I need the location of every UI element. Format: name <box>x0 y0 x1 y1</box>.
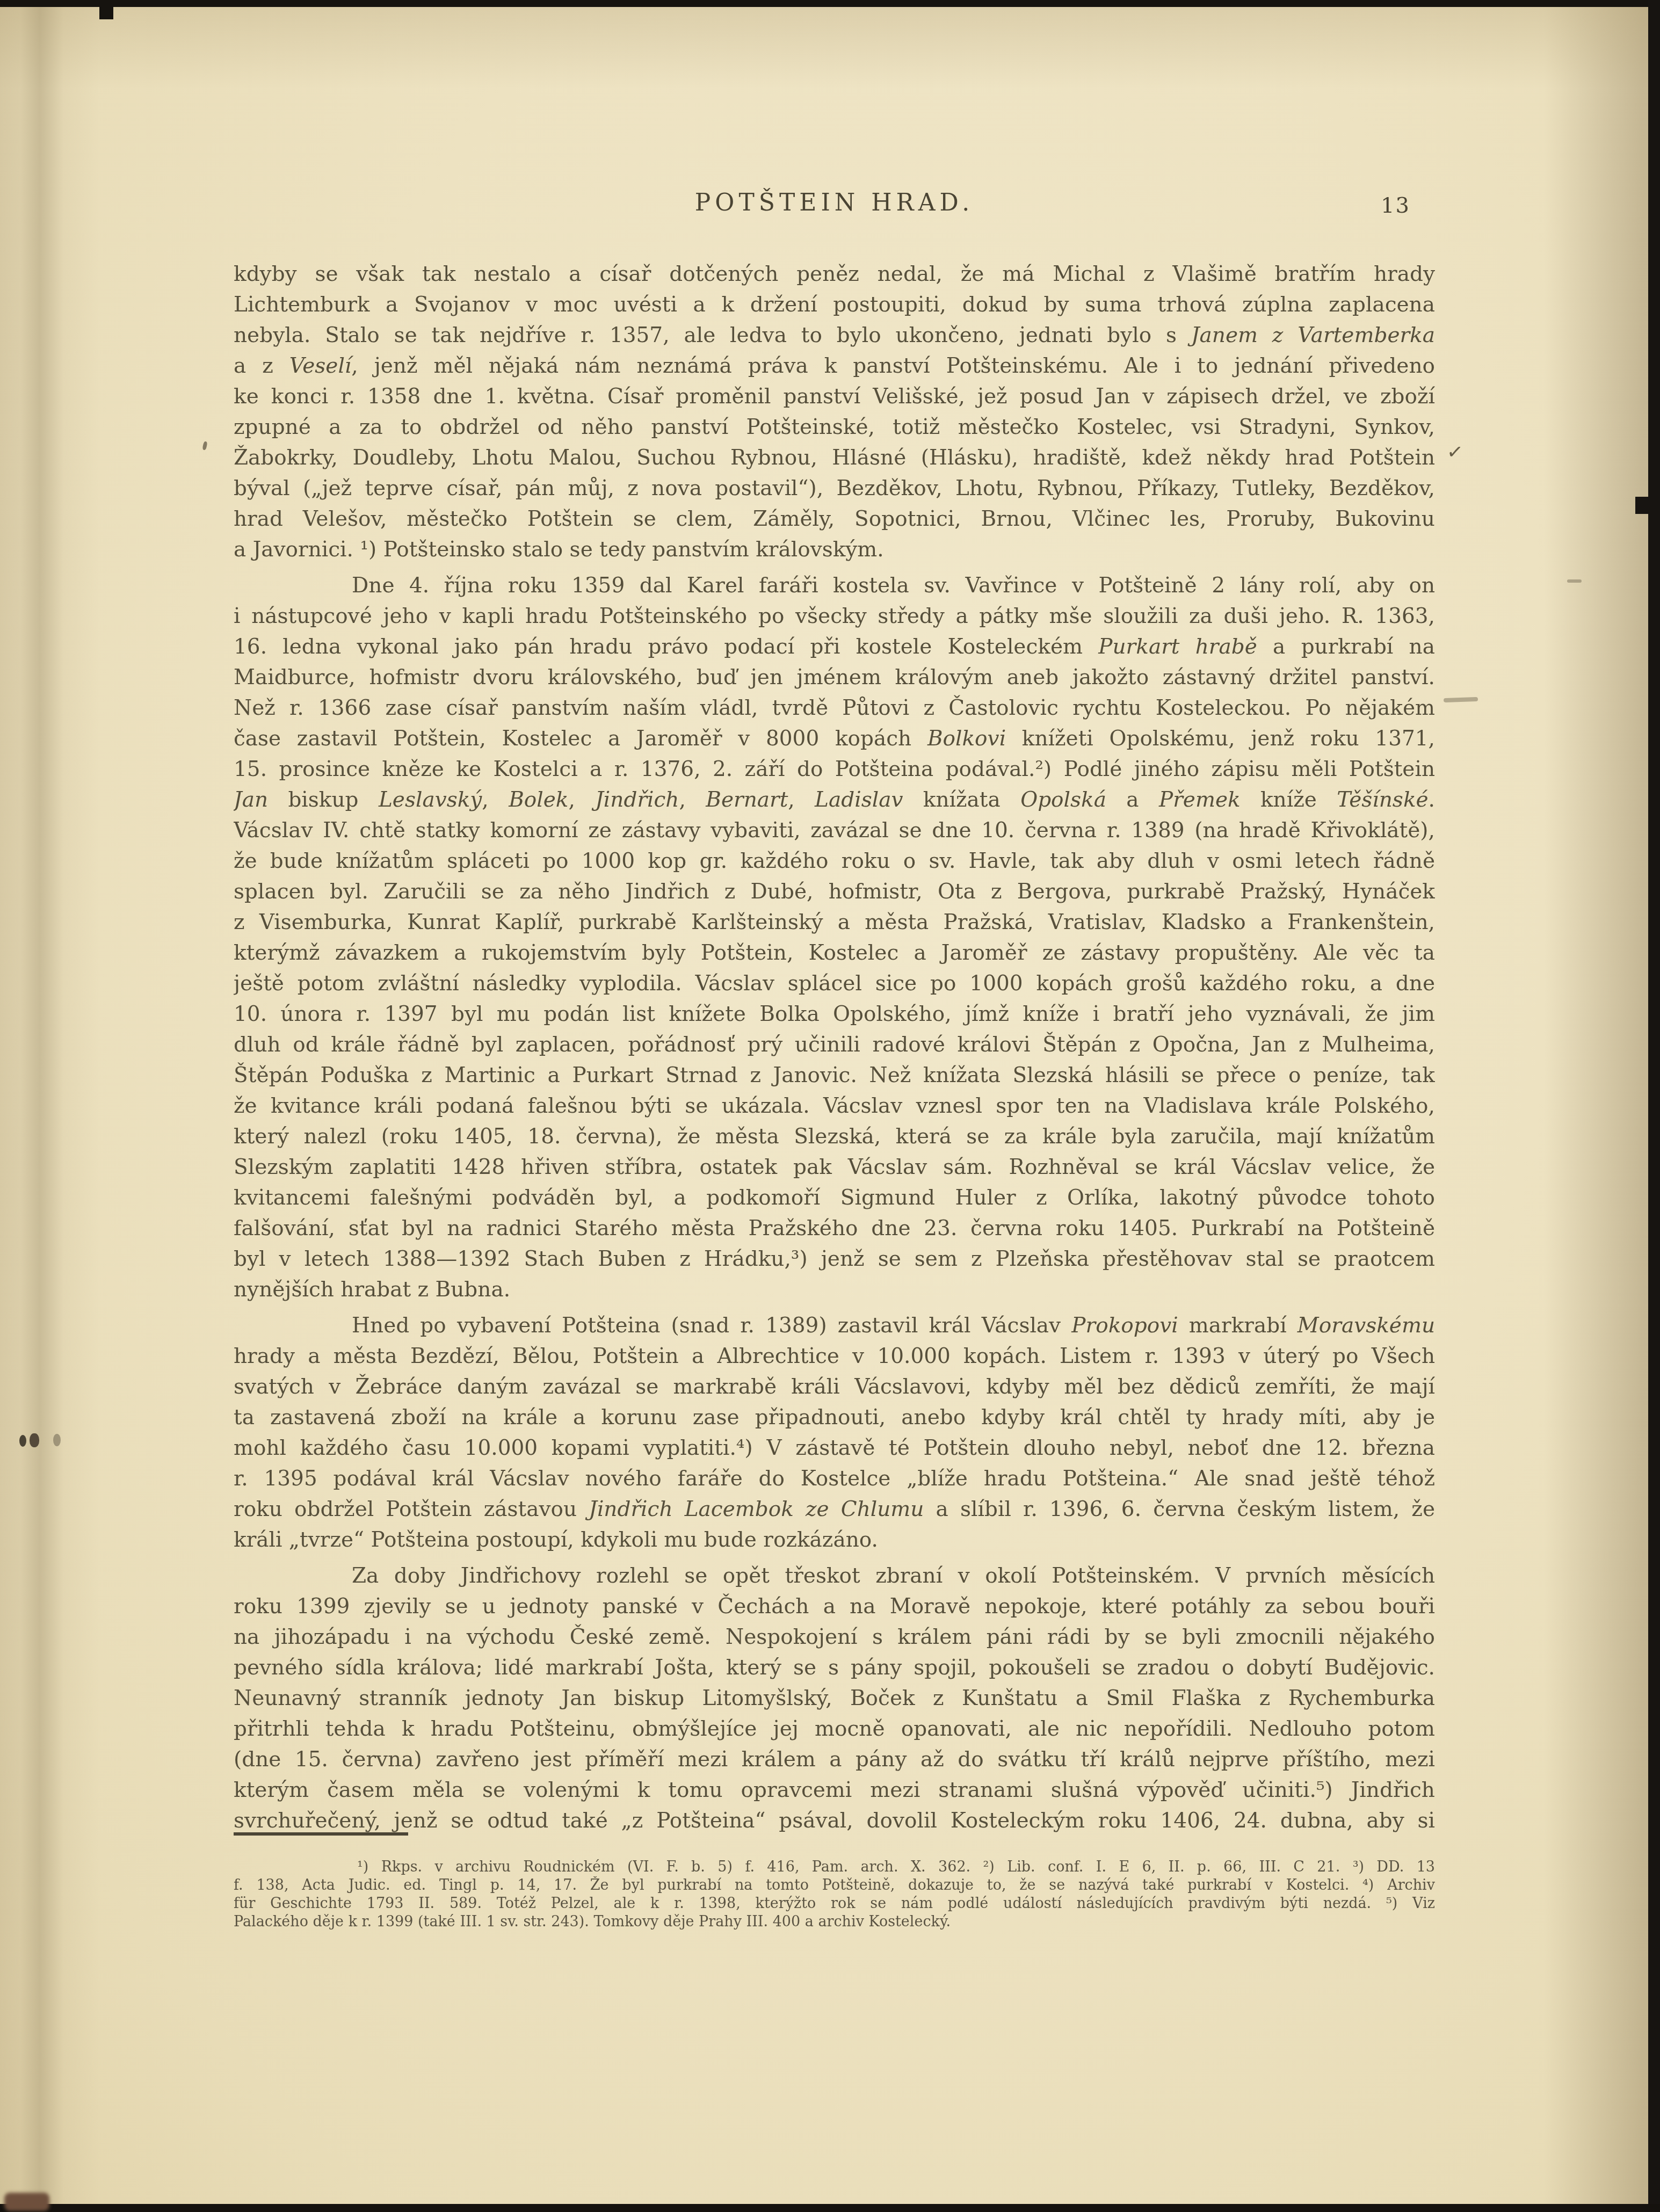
margin-ink-mark <box>30 1433 39 1447</box>
text-line: für Geschichte 1793 II. 589. Totéž Pelze… <box>234 1895 1435 1913</box>
scan-edge-right-notch <box>1635 497 1650 514</box>
margin-ink-mark <box>53 1434 61 1446</box>
text-line: králi „tvrze“ Potšteina postoupí, kdykol… <box>234 1525 1435 1555</box>
text-line: Maidburce, hofmistr dvoru královského, b… <box>234 662 1435 693</box>
text-line: že bude knížatům spláceti po 1000 kop gr… <box>234 846 1435 876</box>
scanned-book-page: ✓ POTŠTEIN HRAD. 13 kdyby se však tak ne… <box>0 0 1660 2212</box>
text-line: Než r. 1366 zase císař panstvím naším vl… <box>234 693 1435 723</box>
text-line: 16. ledna vykonal jako pán hradu právo p… <box>234 632 1435 662</box>
text-line: Neunavný stranník jednoty Jan biskup Lit… <box>234 1683 1435 1714</box>
text-line: 10. února r. 1397 byl mu podán list kníž… <box>234 999 1435 1029</box>
text-line: 15. prosince kněze ke Kostelci a r. 1376… <box>234 754 1435 785</box>
paragraph-1: kdyby se však tak nestalo a císař dotčen… <box>234 259 1435 565</box>
text-line: a Javornici. ¹) Potšteinsko stalo se ted… <box>234 534 1435 565</box>
ink-smudge <box>4 2193 49 2211</box>
text-line: Vácslav IV. chtě statky komorní ze zásta… <box>234 815 1435 846</box>
text-line: hrad Velešov, městečko Potštein se clem,… <box>234 504 1435 534</box>
text-line: (dne 15. června) zavřeno jest příměří me… <box>234 1744 1435 1775</box>
page-crease <box>20 7 63 2204</box>
text-line: roku obdržel Potštein zástavou Jindřich … <box>234 1494 1435 1525</box>
text-line: býval („jež teprve císař, pán můj, z nov… <box>234 473 1435 504</box>
text-line: Lichtemburk a Svojanov v moc uvésti a k … <box>234 289 1435 320</box>
margin-ink-mark <box>202 441 207 450</box>
text-line: pevného sídla králova; lidé markrabí Još… <box>234 1652 1435 1683</box>
text-line: ještě potom zvláštní následky vyplodila.… <box>234 968 1435 999</box>
text-line: svrchuřečený, jenž se odtud také „z Potš… <box>234 1805 1435 1836</box>
text-line: i nástupcové jeho v kapli hradu Potštein… <box>234 601 1435 632</box>
text-line: r. 1395 podával král Vácslav nového fará… <box>234 1463 1435 1494</box>
text-column: POTŠTEIN HRAD. 13 kdyby se však tak nest… <box>234 0 1435 2212</box>
margin-dash-mark <box>1444 697 1478 702</box>
text-line: zpupné a za to obdržel od něho panství P… <box>234 412 1435 443</box>
text-line: byl v letech 1388—1392 Stach Buben z Hrá… <box>234 1244 1435 1274</box>
paragraph-2: Dne 4. října roku 1359 dal Karel faráři … <box>234 570 1435 1305</box>
text-line: z Visemburka, Kunrat Kaplíř, purkrabě Ka… <box>234 907 1435 938</box>
paragraph-3: Hned po vybavení Potšteina (snad r. 1389… <box>234 1310 1435 1555</box>
page-number: 13 <box>1381 193 1410 218</box>
text-line: kdyby se však tak nestalo a císař dotčen… <box>234 259 1435 289</box>
text-line: Žabokrky, Doudleby, Lhotu Malou, Suchou … <box>234 443 1435 473</box>
scan-edge-top-notch <box>99 0 113 19</box>
text-line: svatých v Žebráce daným zavázal se markr… <box>234 1372 1435 1402</box>
page-title: POTŠTEIN HRAD. <box>234 189 1435 216</box>
text-line: a z Veselí, jenž měl nějaká nám neznámá … <box>234 351 1435 381</box>
text-line: splacen byl. Zaručili se za něho Jindřic… <box>234 876 1435 907</box>
text-line: dluh od krále řádně byl zaplacen, pořádn… <box>234 1029 1435 1060</box>
margin-check-mark: ✓ <box>1446 441 1464 465</box>
text-line: ke konci r. 1358 dne 1. května. Císař pr… <box>234 381 1435 412</box>
text-line: Palackého děje k r. 1399 (také III. 1 sv… <box>234 1913 1435 1931</box>
text-line: Jan biskup Leslavský, Bolek, Jindřich, B… <box>234 785 1435 815</box>
text-line: Štěpán Poduška z Martinic a Purkart Strn… <box>234 1060 1435 1091</box>
text-line: Za doby Jindřichovy rozlehl se opět třes… <box>234 1561 1435 1591</box>
body-text: kdyby se však tak nestalo a císař dotčen… <box>234 259 1435 1836</box>
text-line: který nalezl (roku 1405, 18. června), že… <box>234 1121 1435 1152</box>
text-line: ¹) Rkps. v archivu Roudnickém (VI. F. b.… <box>234 1858 1435 1876</box>
margin-dash-mark <box>1567 579 1582 583</box>
text-line: Hned po vybavení Potšteina (snad r. 1389… <box>234 1310 1435 1341</box>
text-line: falšování, sťat byl na radnici Starého m… <box>234 1213 1435 1244</box>
text-line: Dne 4. října roku 1359 dal Karel faráři … <box>234 570 1435 601</box>
text-line: ta zastavená zboží na krále a korunu zas… <box>234 1402 1435 1433</box>
text-line: na jihozápadu i na východu České země. N… <box>234 1622 1435 1652</box>
text-line: f. 138, Acta Judic. ed. Tingl p. 14, 17.… <box>234 1876 1435 1895</box>
text-line: roku 1399 zjevily se u jednoty panské v … <box>234 1591 1435 1622</box>
text-line: hrady a města Bezdězí, Bělou, Potštein a… <box>234 1341 1435 1372</box>
scan-edge-right <box>1648 0 1660 2212</box>
margin-ink-mark <box>19 1435 26 1447</box>
text-line: kterýmž závazkem a rukojemstvím byly Pot… <box>234 938 1435 968</box>
text-line: nynějších hrabat z Bubna. <box>234 1274 1435 1305</box>
footnote-rule <box>234 1832 408 1836</box>
running-header: POTŠTEIN HRAD. 13 <box>234 189 1435 223</box>
text-line: kterým časem měla se volenými k tomu opr… <box>234 1775 1435 1805</box>
text-line: čase zastavil Potštein, Kostelec a Jarom… <box>234 723 1435 754</box>
footnotes: ¹) Rkps. v archivu Roudnickém (VI. F. b.… <box>234 1858 1435 1931</box>
text-line: Slezským zaplatiti 1428 hřiven stříbra, … <box>234 1152 1435 1183</box>
text-line: přitrhli tehda k hradu Potšteinu, obmýšl… <box>234 1714 1435 1744</box>
text-line: nebyla. Stalo se tak nejdříve r. 1357, a… <box>234 320 1435 351</box>
paragraph-4: Za doby Jindřichovy rozlehl se opět třes… <box>234 1561 1435 1836</box>
text-line: mohl každého času 10.000 kopami vyplatit… <box>234 1433 1435 1463</box>
text-line: že kvitance králi podaná falešnou býti s… <box>234 1091 1435 1121</box>
text-line: kvitancemi falešnými podváděn byl, a pod… <box>234 1183 1435 1213</box>
